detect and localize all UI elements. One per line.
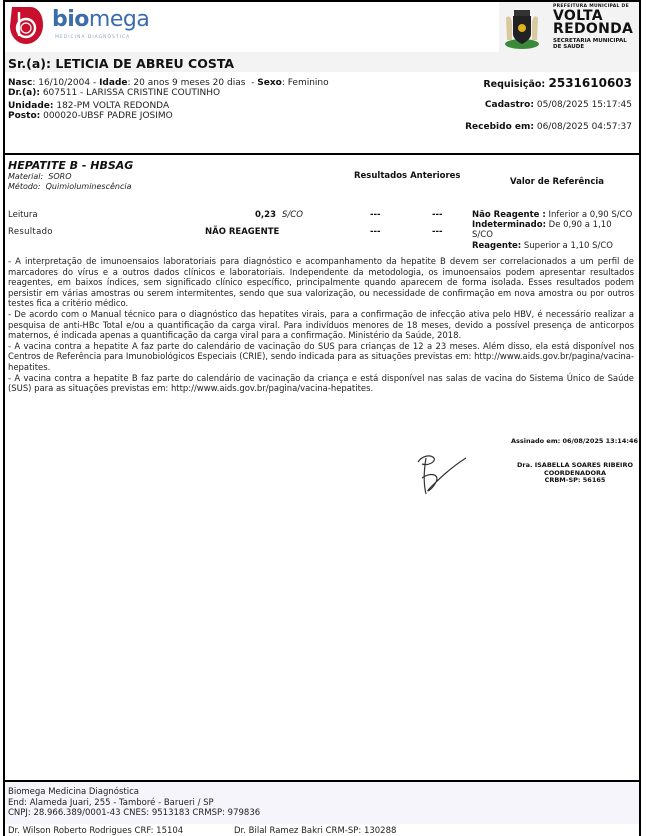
resultado-value: NÃO REAGENTE xyxy=(205,227,279,237)
doctor-value: 607511 - LARISSA CRISTINE COUTINHO xyxy=(43,88,220,98)
cadastro-value: 05/08/2025 15:17:45 xyxy=(537,100,632,110)
requisicao-label: Requisição: xyxy=(483,79,545,90)
leitura-prev-1: --- xyxy=(370,210,381,220)
metodo-label: Método: xyxy=(8,182,41,191)
material-value: SORO xyxy=(48,172,71,181)
previous-results-header: Resultados Anteriores xyxy=(354,171,461,181)
secretaria-line2: DE SAUDE xyxy=(553,44,627,50)
requisicao-number: 2531610603 xyxy=(549,76,633,90)
secretaria-label: SECRETARIA MUNICIPAL DE SAUDE xyxy=(553,38,627,50)
patient-demographics: Nasc: 16/10/2004 - Idade: 20 anos 9 mese… xyxy=(8,78,329,88)
unidade-value: 182-PM VOLTA REDONDA xyxy=(56,101,169,111)
cadastro-label: Cadastro: xyxy=(485,100,534,110)
signer-registry: CRBM-SP: 56165 xyxy=(516,477,634,485)
wordmark-bio: bio xyxy=(52,7,89,32)
requisicao: Requisição: 2531610603 xyxy=(483,76,632,90)
reference-text: Inferior a 0,90 S/CO xyxy=(549,210,633,220)
biomega-logo: biomega MEDICINA DIAGNÓSTICA xyxy=(6,3,136,47)
volta-redonda-logo: PREFEITURA MUNICIPAL DE VOLTA REDONDA SE… xyxy=(499,2,639,52)
leitura-unit: S/CO xyxy=(282,210,303,220)
metodo-value: Quimioluminescência xyxy=(46,182,132,191)
resultado-label: Resultado xyxy=(8,227,53,237)
leitura-value: 0,23 xyxy=(255,210,276,220)
note-2: - De acordo com o Manual técnico para o … xyxy=(8,309,634,341)
biomega-drop-icon xyxy=(8,5,44,45)
unidade-label: Unidade: xyxy=(8,101,53,111)
leitura-label: Leitura xyxy=(8,210,38,220)
patient-name-label: Sr.(a): xyxy=(8,56,51,71)
reference-label: Indeterminado: xyxy=(472,220,546,230)
signature-icon xyxy=(408,448,470,502)
resultado-prev-2: --- xyxy=(432,227,443,237)
posto-value: 000020-UBSF PADRE JOSIMO xyxy=(43,111,173,121)
nasc-label: Nasc xyxy=(8,78,32,88)
footer-company: Biomega Medicina Diagnóstica xyxy=(8,787,139,797)
idade-label: Idade xyxy=(99,78,127,88)
wordmark-mega: mega xyxy=(89,7,149,32)
doctor-label: Dr.(a): xyxy=(8,88,40,98)
signed-label: Assinado em: xyxy=(511,437,560,445)
nasc-value: 16/10/2004 xyxy=(38,78,90,88)
section-divider xyxy=(5,153,639,155)
material-line: Material: SORO xyxy=(8,172,72,181)
patient-name-value: LETICIA DE ABREU COSTA xyxy=(55,56,234,71)
posto-label: Posto: xyxy=(8,111,40,121)
lab-report-page: biomega MEDICINA DIAGNÓSTICA PREFEITURA … xyxy=(0,0,646,836)
leitura-prev-2: --- xyxy=(432,210,443,220)
footer-responsible-2: Dr. Bilal Ramez Bakri CRM-SP: 130288 xyxy=(234,826,396,836)
resultado-prev-1: --- xyxy=(370,227,381,237)
recebido-value: 06/08/2025 04:57:37 xyxy=(537,122,632,132)
reference-indeterminado: Indeterminado: De 0,90 a 1,10 S/CO xyxy=(472,220,622,240)
note-4: - A vacina contra a hepatite B faz parte… xyxy=(8,373,634,394)
interpretation-notes: - A interpretação de imunoensaios labora… xyxy=(8,256,634,394)
recebido-line: Recebido em: 06/08/2025 04:57:37 xyxy=(465,122,632,132)
reference-nao-reagente: Não Reagente : Inferior a 0,90 S/CO xyxy=(472,210,638,220)
reference-label: Reagente: xyxy=(472,241,521,251)
biomega-wordmark: biomega xyxy=(52,7,149,33)
reference-label: Não Reagente : xyxy=(472,210,546,220)
footer-responsible-1: Dr. Wilson Roberto Rodrigues CRF: 15104 xyxy=(8,826,183,836)
city-name: VOLTA REDONDA xyxy=(553,10,633,36)
material-label: Material: xyxy=(8,172,43,181)
posto-line: Posto: 000020-UBSF PADRE JOSIMO xyxy=(8,111,173,121)
city-crest-icon xyxy=(503,4,541,50)
unidade-line: Unidade: 182-PM VOLTA REDONDA xyxy=(8,101,169,111)
signed-value: 06/08/2025 13:14:46 xyxy=(562,437,638,445)
signed-at: Assinado em: 06/08/2025 13:14:46 xyxy=(511,437,638,445)
footer-ids: CNPJ: 28.966.389/0001-43 CNES: 9513183 C… xyxy=(8,808,260,818)
note-3: - A vacina contra a hepatite A faz parte… xyxy=(8,341,634,373)
footer-address: End: Alameda Juari, 255 - Tamboré - Baru… xyxy=(8,798,214,808)
city-name-line2: REDONDA xyxy=(553,23,633,36)
sexo-label: Sexo xyxy=(257,78,282,88)
doctor-line: Dr.(a): 607511 - LARISSA CRISTINE COUTIN… xyxy=(8,88,220,98)
reference-header: Valor de Referência xyxy=(510,177,604,187)
signer-block: Dra. ISABELLA SOARES RIBEIRO COORDENADOR… xyxy=(516,462,634,485)
reference-text: Superior a 1,10 S/CO xyxy=(524,241,613,251)
reference-reagente: Reagente: Superior a 1,10 S/CO xyxy=(472,241,638,251)
note-1: - A interpretação de imunoensaios labora… xyxy=(8,256,634,309)
recebido-label: Recebido em: xyxy=(465,122,534,132)
biomega-tagline: MEDICINA DIAGNÓSTICA xyxy=(55,35,130,40)
sexo-value: Feminino xyxy=(288,78,329,88)
idade-value: 20 anos 9 meses 20 dias xyxy=(133,78,245,88)
cadastro-line: Cadastro: 05/08/2025 15:17:45 xyxy=(485,100,632,110)
exam-title: HEPATITE B - HBSAG xyxy=(8,159,133,172)
metodo-line: Método: Quimioluminescência xyxy=(8,182,132,191)
patient-name: Sr.(a): LETICIA DE ABREU COSTA xyxy=(8,56,234,71)
